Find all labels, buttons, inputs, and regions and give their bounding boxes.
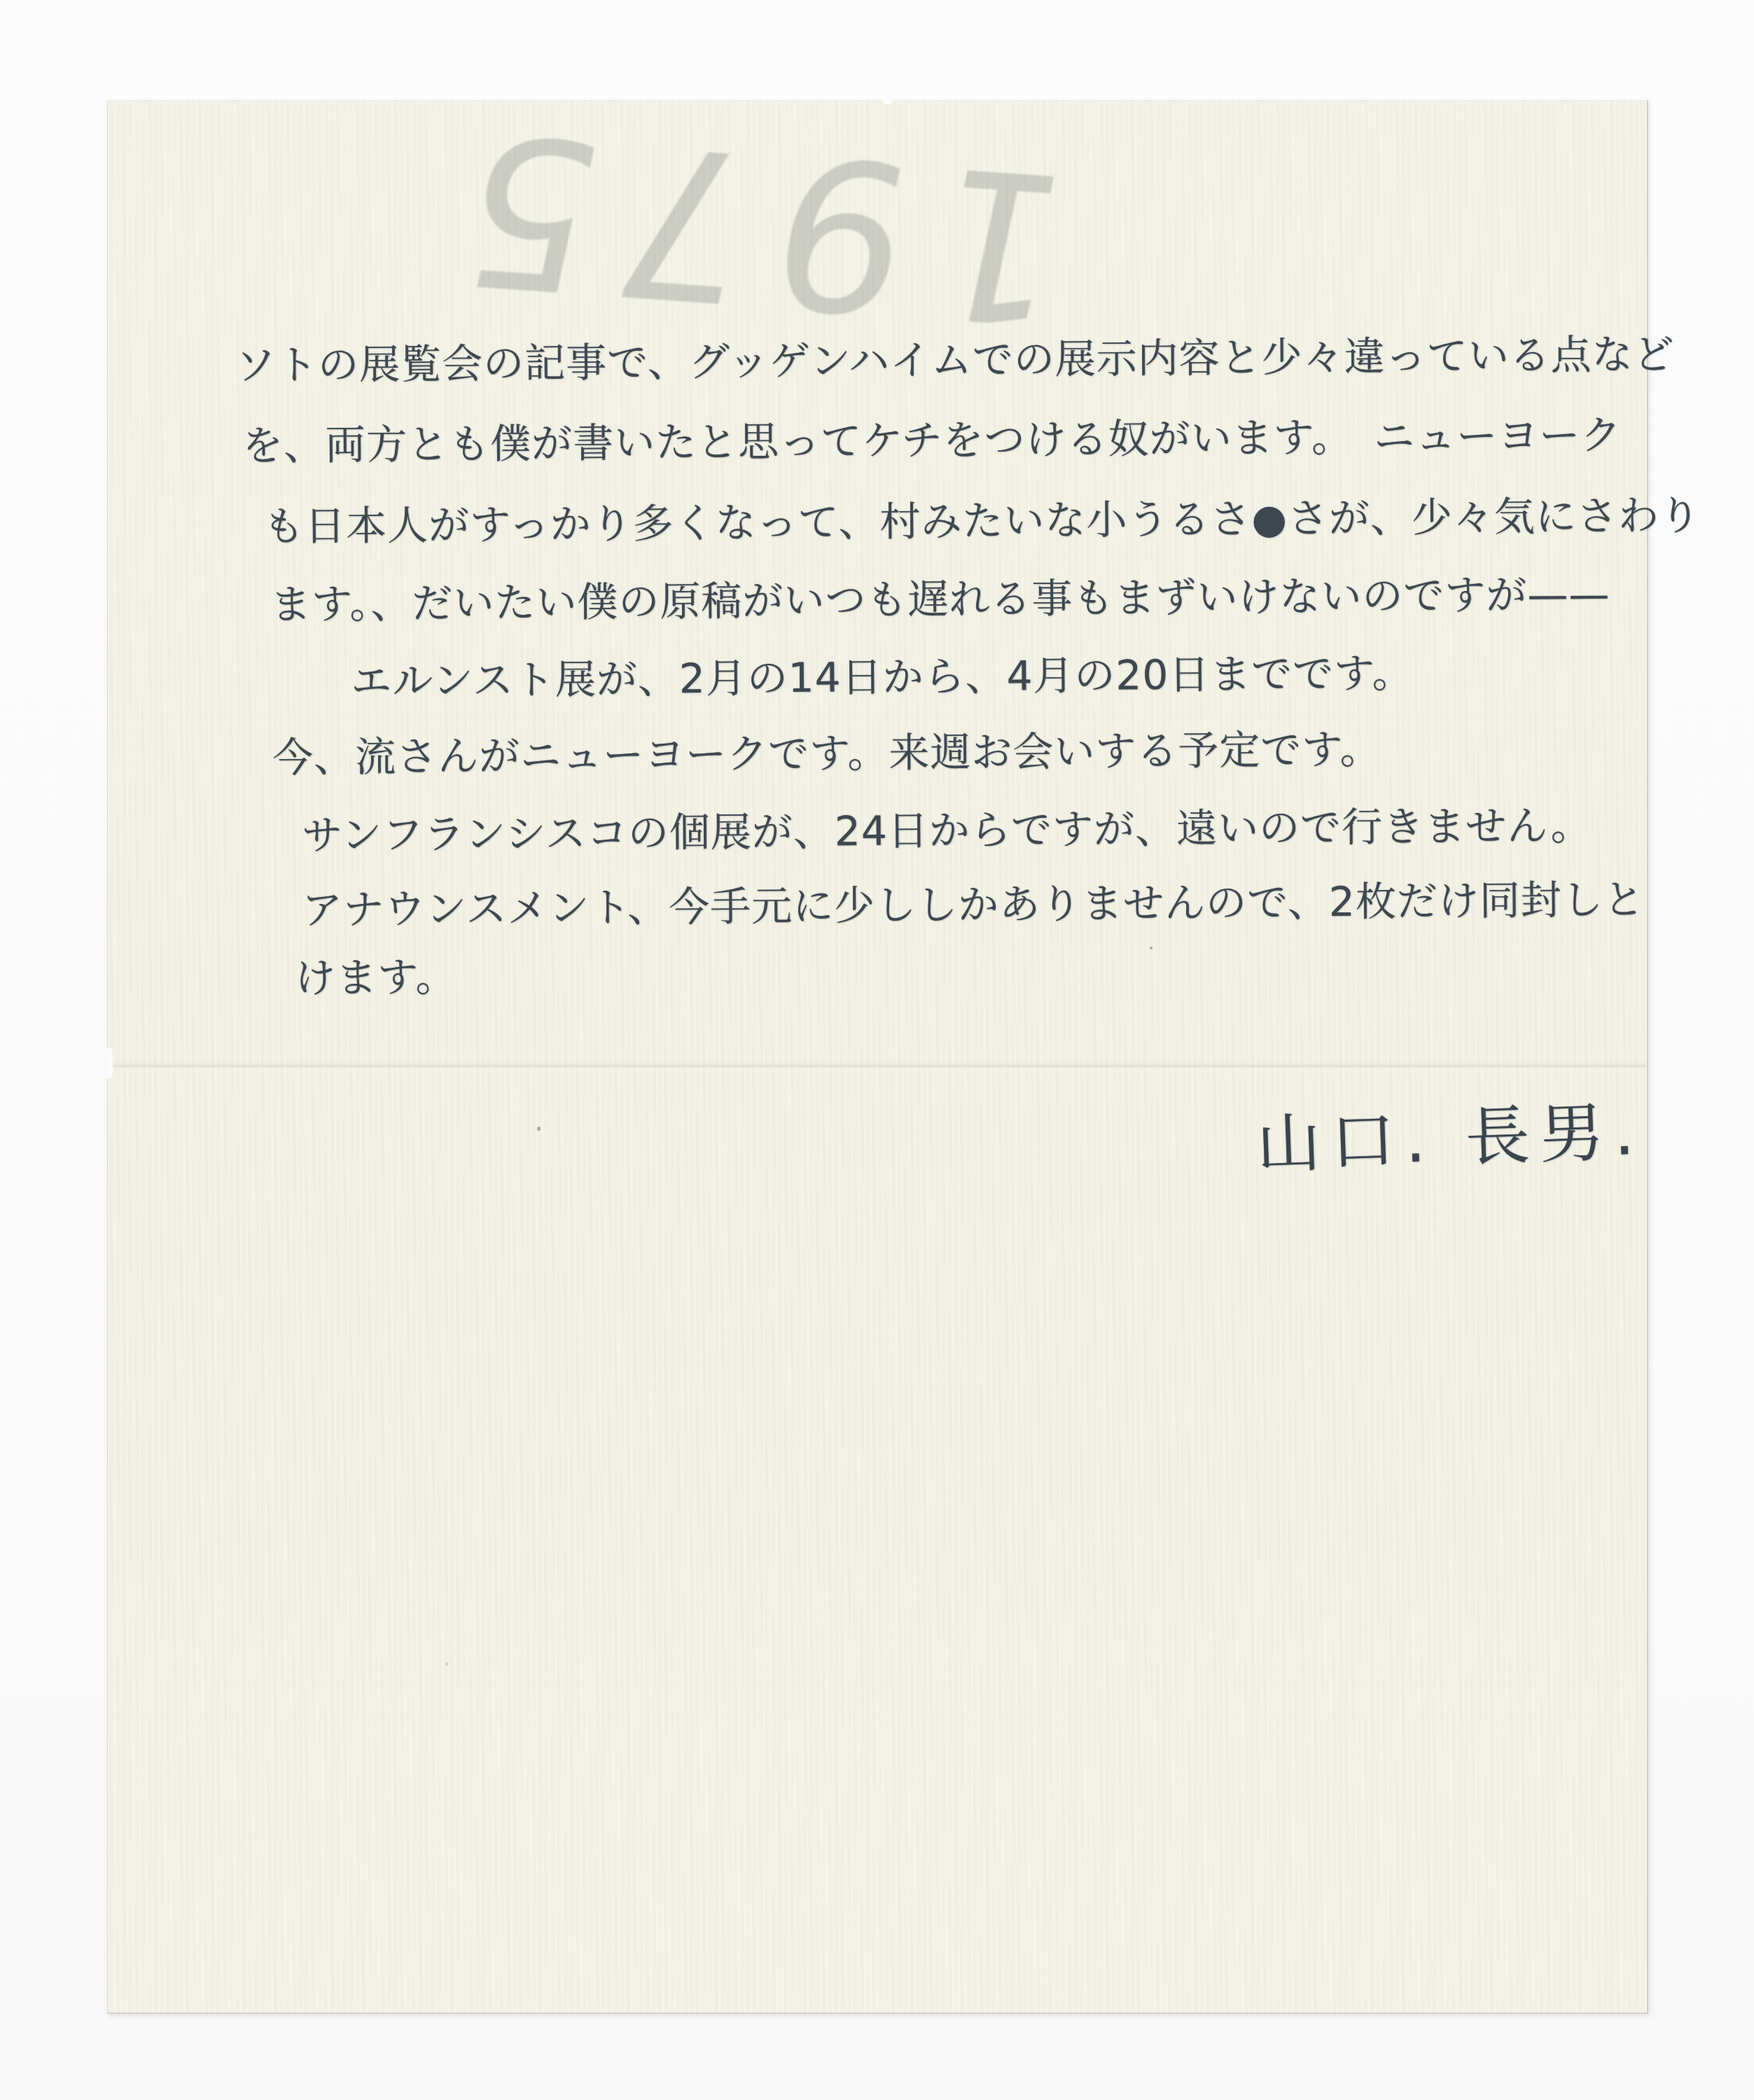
letter-line-2: を、両方とも僕が書いたと思ってケチをつける奴がいます。 ニューヨーク: [242, 401, 1622, 479]
dust-speck: [1150, 947, 1153, 950]
letter-line-5: エルンスト展が、2月の14日から、4月の20日までです。: [351, 639, 1414, 715]
dust-speck: [445, 1662, 448, 1666]
fold-crease: [108, 1062, 1647, 1070]
letter-line-3: も日本人がすっかり多くなって、村みたいな小うるさ●さが、少々気にさわり: [263, 482, 1701, 560]
dust-speck: [537, 1127, 541, 1131]
letter-line-7: サンフランシスコの個展が、24日からですが、遠いので行きません。: [302, 792, 1592, 869]
letter-line-1: ソトの展覧会の記事で、グッゲンハイムでの展示内容と少々違っている点など: [235, 321, 1675, 399]
letter-line-6: 今、流さんがニューヨークです。来週お会いする予定です。: [272, 716, 1381, 791]
letter-paper: 1975 ソトの展覧会の記事で、グッゲンハイムでの展示内容と少々違っている点など…: [107, 100, 1648, 2014]
letter-line-8: アナウンスメント、今手元に少ししかありませんので、2枚だけ同封しと: [302, 865, 1645, 943]
fold-edge-notch: [106, 1048, 113, 1078]
scan-background: 1975 ソトの展覧会の記事で、グッゲンハイムでの展示内容と少々違っている点など…: [0, 0, 1754, 2100]
letter-line-9: けます。: [295, 943, 457, 1012]
signature: 山口. 長男.: [1255, 1080, 1645, 1185]
letter-line-4: ます。、だいたい僕の原稿がいつも遅れる事もまずいけないのですが——: [270, 560, 1610, 638]
